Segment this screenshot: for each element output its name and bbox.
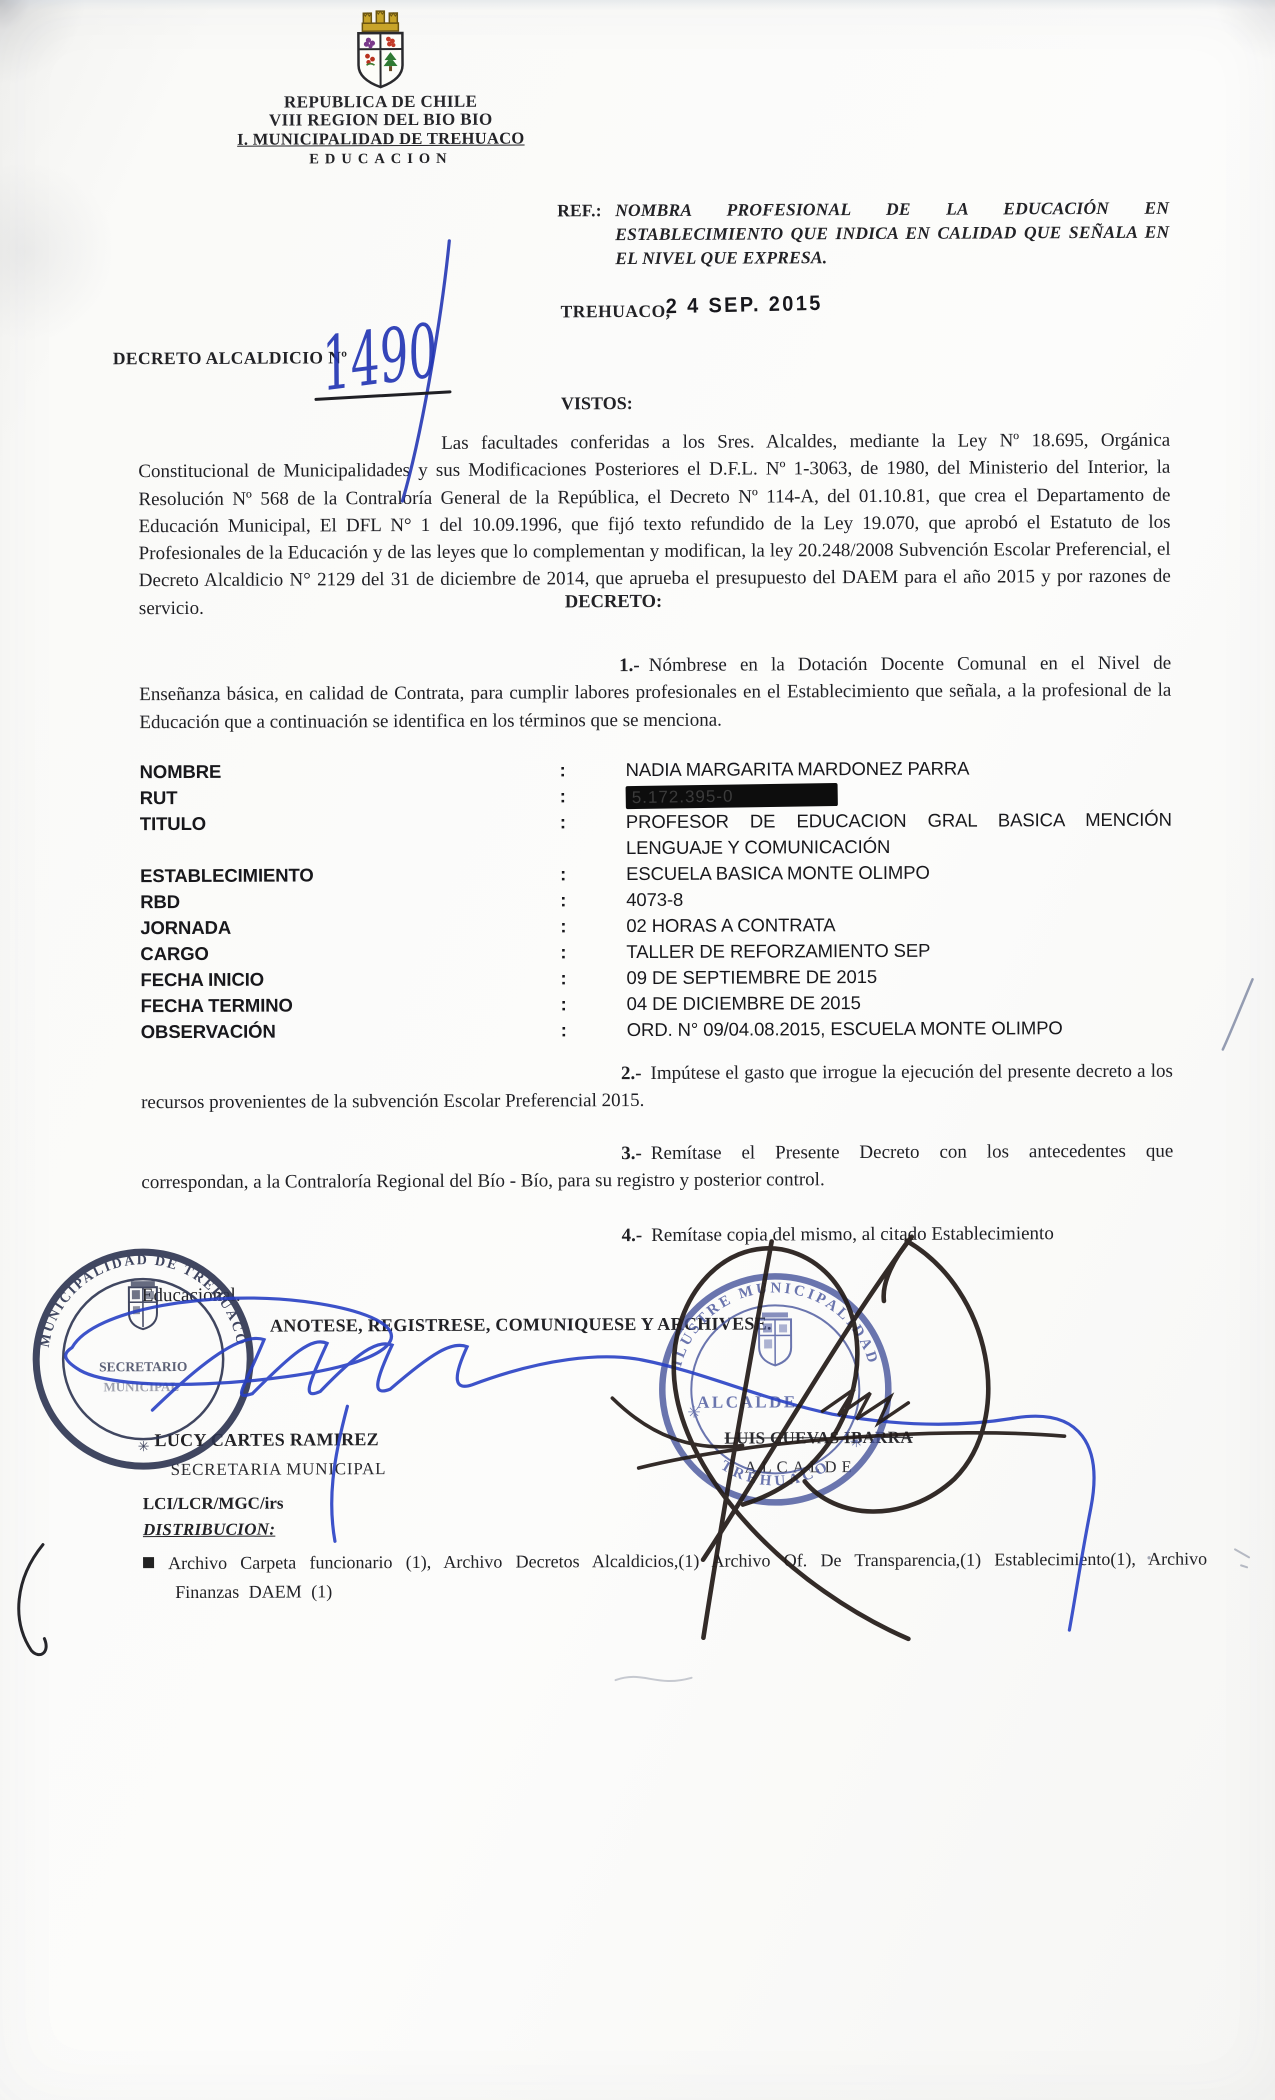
detail-value: 4073-8 (626, 885, 1172, 913)
colon: : (561, 1017, 627, 1043)
redacted-rut: 5.172.395-0 (626, 783, 838, 809)
detail-value: ORD. N° 09/04.08.2015, ESCUELA MONTE OLI… (627, 1015, 1173, 1043)
ref-block: REF.: NOMBRA PROFESIONAL DE LA EDUCACIÓN… (557, 196, 1169, 271)
appointment-details: NOMBRE:NADIA MARGARITA MARDONEZ PARRA RU… (140, 755, 1173, 1046)
article-4-number: 4.- (622, 1225, 643, 1246)
vistos-heading: VISTOS: (561, 393, 633, 414)
distribution-text: Archivo Carpeta funcionario (1), Archivo… (168, 1549, 1207, 1603)
letterhead-municipality: I. MUNICIPALIDAD DE TREHUACO (195, 129, 567, 149)
colon: : (560, 783, 626, 809)
detail-value: 02 HORAS A CONTRATA (626, 911, 1172, 939)
colon: : (560, 861, 626, 887)
letterhead-department: EDUCACION (195, 149, 567, 169)
article-1: 1.-Nómbrese en la Dotación Docente Comun… (139, 650, 1171, 736)
article-3: 3.-Remítase el Presente Decreto con los … (141, 1138, 1173, 1197)
article-1-number: 1.- (619, 655, 640, 676)
svg-text:MUNICIPAL: MUNICIPAL (103, 1379, 179, 1394)
article-1-text: Nómbrese en la Dotación Docente Comunal … (139, 653, 1171, 733)
secretary-name: LUCY CARTES RAMIREZ (154, 1429, 379, 1451)
article-4: 4.-Remítase copia del mismo, al citado E… (142, 1220, 1174, 1252)
letterhead-region: VIII REGION DEL BIO BIO (195, 110, 567, 130)
mayor-title: ALCALDE (745, 1457, 857, 1477)
article-2-number: 2.- (621, 1063, 642, 1084)
detail-label: ESTABLECIMIENTO (140, 861, 560, 889)
stamp-star-icon: ✳ (687, 1405, 700, 1422)
detail-label: OBSERVACIÓN (141, 1017, 561, 1045)
place-name: TREHUACO, (561, 301, 671, 322)
detail-label: FECHA TERMINO (141, 991, 561, 1019)
article-2-text: Impútese el gasto que irrogue la ejecuci… (141, 1061, 1173, 1114)
detail-value: ESCUELA BASICA MONTE OLIMPO (626, 859, 1172, 887)
distribution-list: Archivo Carpeta funcionario (1), Archivo… (143, 1545, 1207, 1608)
detail-label: RUT (140, 783, 560, 811)
scanned-decree-page: REPUBLICA DE CHILE VIII REGION DEL BIO B… (0, 0, 1275, 2100)
mayor-name: LUIS CUEVAS IBARRA (724, 1428, 912, 1449)
letterhead: REPUBLICA DE CHILE VIII REGION DEL BIO B… (194, 8, 567, 169)
article-3-number: 3.- (621, 1143, 642, 1164)
colon: : (561, 991, 627, 1017)
detail-value: PROFESOR DE EDUCACION GRAL BASICA MENCIÓ… (626, 807, 1172, 861)
typist-initials: LCI/LCR/MGC/irs (143, 1494, 284, 1515)
date-stamp: 2 4 SEP. 2015 (665, 292, 822, 319)
closing-formula: ANOTESE, REGISTRESE, COMUNIQUESE Y ARCHI… (270, 1313, 772, 1336)
colon: : (560, 913, 626, 939)
detail-label: NOMBRE (140, 757, 560, 785)
svg-text:SECRETARIO: SECRETARIO (99, 1359, 187, 1374)
colon: : (560, 965, 626, 991)
secretary-title: SECRETARIA MUNICIPAL (171, 1459, 387, 1480)
article-4-text: Remítase copia del mismo, al citado Esta… (651, 1223, 1054, 1246)
article-3-text: Remítase el Presente Decreto con los ant… (141, 1141, 1173, 1194)
bullet-square-icon (143, 1557, 154, 1568)
detail-value: NADIA MARGARITA MARDONEZ PARRA (626, 755, 1172, 783)
decreto-heading: DECRETO: (565, 592, 662, 613)
document-body: REPUBLICA DE CHILE VIII REGION DEL BIO B… (0, 0, 1275, 2100)
detail-value: 09 DE SEPTIEMBRE DE 2015 (626, 963, 1172, 991)
stamp-star-icon: ✳ (138, 1440, 150, 1455)
svg-text:ALCALDE: ALCALDE (697, 1392, 798, 1411)
colon: : (560, 887, 626, 913)
detail-label: TITULO (140, 809, 560, 863)
ref-label: REF.: (557, 198, 615, 270)
ref-text: NOMBRA PROFESIONAL DE LA EDUCACIÓN EN ES… (615, 196, 1169, 270)
coat-of-arms-icon (342, 9, 418, 91)
detail-label: CARGO (140, 939, 560, 967)
decree-number-label: DECRETO ALCALDICIO Nº (113, 347, 348, 369)
distribution-label: DISTRIBUCION: (143, 1520, 275, 1541)
detail-value: 04 DE DICIEMBRE DE 2015 (627, 989, 1173, 1017)
letterhead-country: REPUBLICA DE CHILE (195, 92, 567, 112)
article-2: 2.-Impútese el gasto que irrogue la ejec… (141, 1058, 1173, 1117)
detail-label: RBD (140, 887, 560, 915)
colon: : (560, 809, 626, 861)
detail-label: JORNADA (140, 913, 560, 941)
detail-value: 5.172.395-0 (626, 781, 1172, 809)
detail-label: FECHA INICIO (140, 965, 560, 993)
article-4-continuation: Educacional. (142, 1285, 241, 1307)
detail-value: TALLER DE REFORZAMIENTO SEP (626, 937, 1172, 965)
colon: : (560, 757, 626, 783)
colon: : (560, 939, 626, 965)
